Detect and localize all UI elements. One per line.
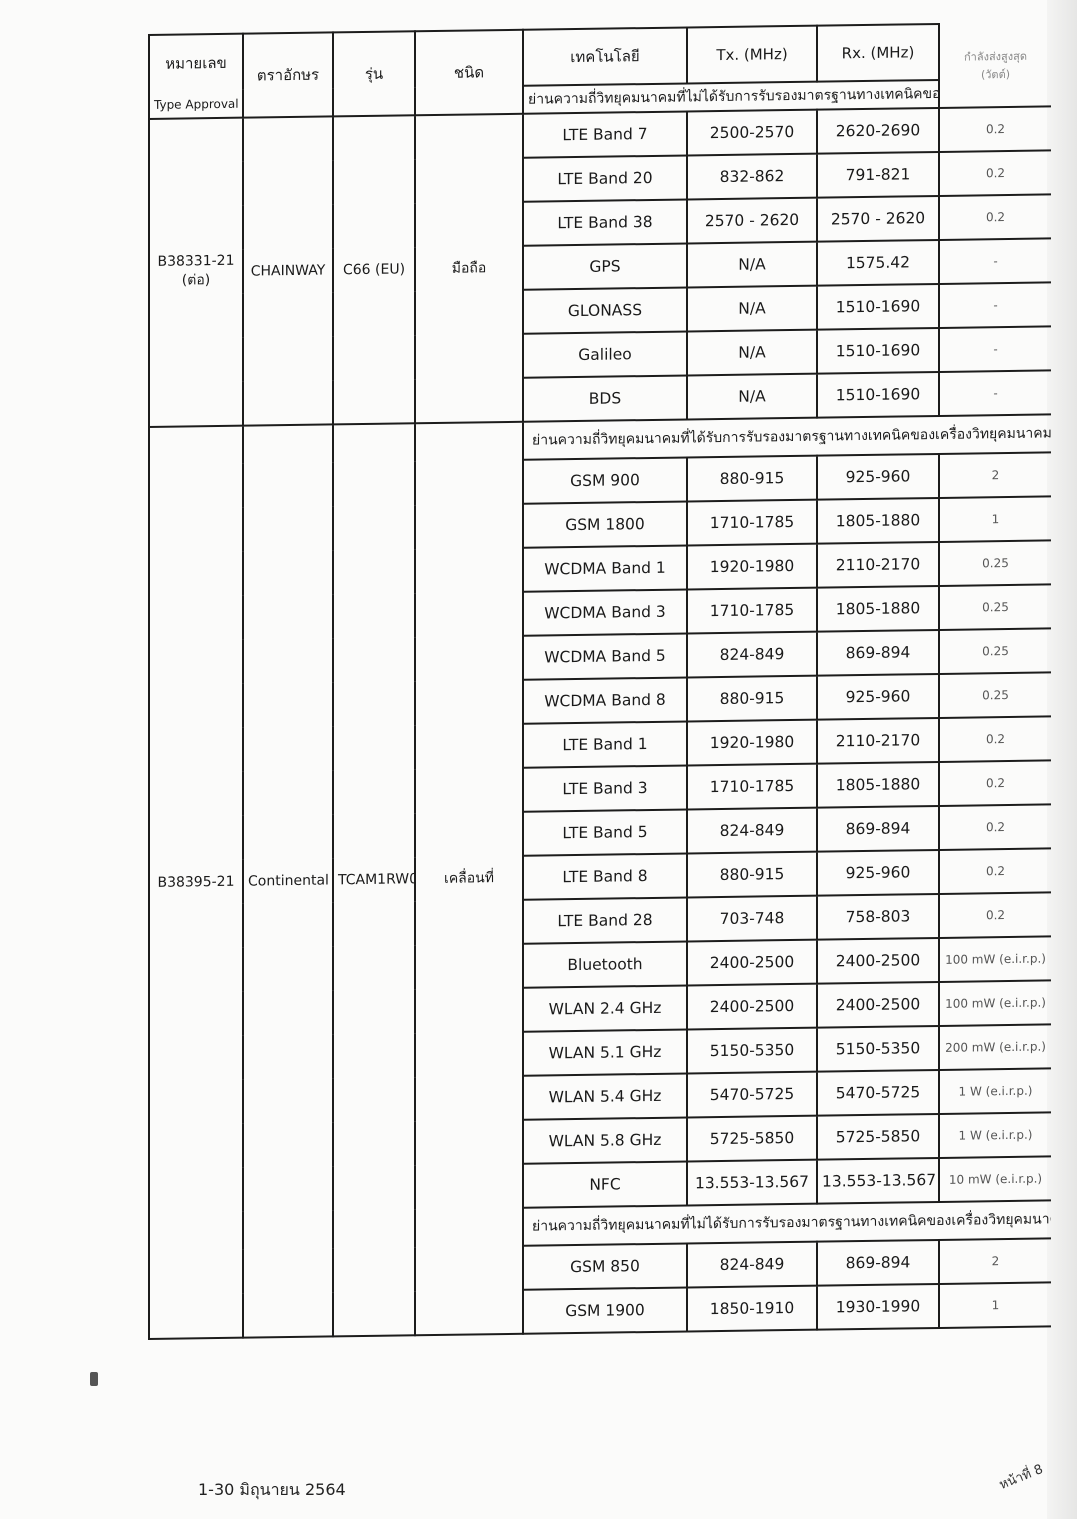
- power-cell: 1 W (e.i.r.p.): [939, 1068, 1051, 1114]
- type-approval-number: B38395-21: [149, 426, 243, 1339]
- header-rx: Rx. (MHz): [817, 24, 939, 82]
- tx-cell: 832-862: [687, 154, 817, 200]
- technology-cell: WLAN 5.1 GHz: [523, 1029, 687, 1075]
- power-cell: 100 mW (e.i.r.p.): [939, 980, 1051, 1026]
- header-type-approval: Type Approval: [149, 90, 243, 119]
- power-cell: 0.2: [939, 716, 1051, 762]
- technology-cell: WCDMA Band 3: [523, 589, 687, 635]
- tx-cell: 703-748: [687, 896, 817, 942]
- tx-cell: 880-915: [687, 676, 817, 722]
- rx-cell: 1805-1880: [817, 498, 939, 544]
- header-number-label: หมายเลข: [165, 53, 227, 72]
- rx-cell: 2400-2500: [817, 982, 939, 1028]
- rx-cell: 869-894: [817, 1240, 939, 1286]
- type-approval-number-value: B38395-21: [154, 874, 238, 891]
- technology-cell: WCDMA Band 1: [523, 545, 687, 591]
- tx-cell: N/A: [687, 242, 817, 288]
- rx-cell: 2110-2170: [817, 542, 939, 588]
- tx-cell: 1850-1910: [687, 1286, 817, 1332]
- power-cell: 0.2: [939, 804, 1051, 850]
- tx-cell: 880-915: [687, 456, 817, 502]
- tx-cell: N/A: [687, 286, 817, 332]
- tx-cell: 880-915: [687, 852, 817, 898]
- model-cell: C66 (EU): [333, 115, 415, 424]
- tx-cell: 824-849: [687, 1242, 817, 1288]
- technology-cell: WCDMA Band 5: [523, 633, 687, 679]
- power-cell: 0.25: [939, 540, 1051, 586]
- rx-cell: 869-894: [817, 630, 939, 676]
- technology-cell: LTE Band 7: [523, 111, 687, 157]
- tx-cell: 5725-5850: [687, 1116, 817, 1162]
- tx-cell: 1710-1785: [687, 588, 817, 634]
- binder-hole-mark: [90, 1372, 98, 1386]
- technology-cell: LTE Band 1: [523, 721, 687, 767]
- technology-cell: NFC: [523, 1161, 687, 1207]
- technology-cell: WLAN 2.4 GHz: [523, 985, 687, 1031]
- tx-cell: 1920-1980: [687, 720, 817, 766]
- header-number: หมายเลข: [149, 34, 243, 91]
- rx-cell: 5725-5850: [817, 1114, 939, 1160]
- power-cell: 0.2: [939, 150, 1051, 196]
- tx-cell: 2500-2570: [687, 110, 817, 156]
- rx-cell: 869-894: [817, 806, 939, 852]
- power-cell: 0.2: [939, 106, 1051, 152]
- model-cell: TCAM1RW0: [333, 423, 415, 1336]
- header-power-unit: (วัตต์): [944, 64, 1047, 83]
- page-edge-shadow: [1047, 0, 1077, 1519]
- power-cell: -: [939, 326, 1051, 372]
- technology-cell: LTE Band 8: [523, 853, 687, 899]
- power-cell: 0.2: [939, 848, 1051, 894]
- power-cell: 0.25: [939, 672, 1051, 718]
- power-cell: 10 mW (e.i.r.p.): [939, 1156, 1051, 1202]
- footer-date: 1-30 มิถุนายน 2564: [198, 1478, 346, 1503]
- technology-cell: Bluetooth: [523, 941, 687, 987]
- technology-cell: GSM 1900: [523, 1287, 687, 1333]
- power-cell: 1: [939, 496, 1051, 542]
- rx-cell: 5150-5350: [817, 1026, 939, 1072]
- tx-cell: 1710-1785: [687, 500, 817, 546]
- technology-cell: GSM 850: [523, 1243, 687, 1289]
- technology-cell: GSM 900: [523, 457, 687, 503]
- header-kind: ชนิด: [415, 30, 523, 116]
- type-approval-table: หมายเลข ตราอักษร รุ่น ชนิด เทคโนโลยี Tx.…: [148, 21, 1051, 1340]
- rx-cell: 2400-2500: [817, 938, 939, 984]
- power-cell: -: [939, 370, 1051, 416]
- header-power-label: กำลังส่งสูงสุด: [944, 46, 1047, 65]
- power-cell: 0.2: [939, 760, 1051, 806]
- power-cell: 100 mW (e.i.r.p.): [939, 936, 1051, 982]
- tx-cell: 2400-2500: [687, 984, 817, 1030]
- power-cell: 1 W (e.i.r.p.): [939, 1112, 1051, 1158]
- rx-cell: 1575.42: [817, 240, 939, 286]
- technology-cell: WLAN 5.8 GHz: [523, 1117, 687, 1163]
- tx-cell: 13.553-13.567: [687, 1160, 817, 1206]
- rx-cell: 1510-1690: [817, 284, 939, 330]
- header-technology: เทคโนโลยี: [523, 27, 687, 85]
- power-cell: -: [939, 282, 1051, 328]
- tx-cell: 5150-5350: [687, 1028, 817, 1074]
- power-cell: 2: [939, 452, 1051, 498]
- technology-cell: LTE Band 28: [523, 897, 687, 943]
- rx-cell: 13.553-13.567: [817, 1158, 939, 1204]
- power-cell: 0.25: [939, 584, 1051, 630]
- technology-cell: LTE Band 5: [523, 809, 687, 855]
- rx-cell: 925-960: [817, 850, 939, 896]
- rx-cell: 5470-5725: [817, 1070, 939, 1116]
- power-cell: -: [939, 238, 1051, 284]
- technology-cell: Galileo: [523, 331, 687, 377]
- technology-cell: GPS: [523, 243, 687, 289]
- tx-cell: 5470-5725: [687, 1072, 817, 1118]
- technology-cell: WLAN 5.4 GHz: [523, 1073, 687, 1119]
- technology-cell: LTE Band 20: [523, 155, 687, 201]
- rx-cell: 791-821: [817, 152, 939, 198]
- power-cell: 1: [939, 1282, 1051, 1328]
- power-cell: 0.2: [939, 892, 1051, 938]
- brand-cell: CHAINWAY: [243, 116, 333, 425]
- technology-cell: WCDMA Band 8: [523, 677, 687, 723]
- rx-cell: 1930-1990: [817, 1284, 939, 1330]
- tx-cell: 2400-2500: [687, 940, 817, 986]
- header-brand: ตราอักษร: [243, 32, 333, 117]
- technology-cell: GLONASS: [523, 287, 687, 333]
- technology-cell: LTE Band 3: [523, 765, 687, 811]
- rx-cell: 758-803: [817, 894, 939, 940]
- brand-cell: Continental: [243, 424, 333, 1337]
- technology-cell: BDS: [523, 375, 687, 421]
- rx-cell: 2570 - 2620: [817, 196, 939, 242]
- rx-cell: 925-960: [817, 674, 939, 720]
- tx-cell: N/A: [687, 330, 817, 376]
- tx-cell: N/A: [687, 374, 817, 420]
- type-approval-number: B38331-21(ต่อ): [149, 118, 243, 427]
- power-cell: 0.2: [939, 194, 1051, 240]
- technology-cell: GSM 1800: [523, 501, 687, 547]
- rx-cell: 1805-1880: [817, 586, 939, 632]
- kind-cell: มือถือ: [415, 114, 523, 424]
- header-model: รุ่น: [333, 31, 415, 116]
- tx-cell: 1710-1785: [687, 764, 817, 810]
- footer-page-number: หน้าที่ 8: [996, 1458, 1046, 1495]
- kind-cell: เคลื่อนที่: [415, 422, 523, 1336]
- tx-cell: 1920-1980: [687, 544, 817, 590]
- power-cell: 2: [939, 1238, 1051, 1284]
- continued-note: (ต่อ): [154, 269, 238, 292]
- type-approval-number-value: B38331-21: [154, 253, 238, 270]
- tx-cell: 2570 - 2620: [687, 198, 817, 244]
- power-cell: 200 mW (e.i.r.p.): [939, 1024, 1051, 1070]
- header-tx: Tx. (MHz): [687, 26, 817, 84]
- rx-cell: 925-960: [817, 454, 939, 500]
- technology-cell: LTE Band 38: [523, 199, 687, 245]
- rx-cell: 2620-2690: [817, 108, 939, 154]
- rx-cell: 1805-1880: [817, 762, 939, 808]
- header-power: กำลังส่งสูงสุด (วัตต์): [939, 22, 1051, 108]
- rx-cell: 1510-1690: [817, 372, 939, 418]
- tx-cell: 824-849: [687, 632, 817, 678]
- power-cell: 0.25: [939, 628, 1051, 674]
- rx-cell: 1510-1690: [817, 328, 939, 374]
- rx-cell: 2110-2170: [817, 718, 939, 764]
- tx-cell: 824-849: [687, 808, 817, 854]
